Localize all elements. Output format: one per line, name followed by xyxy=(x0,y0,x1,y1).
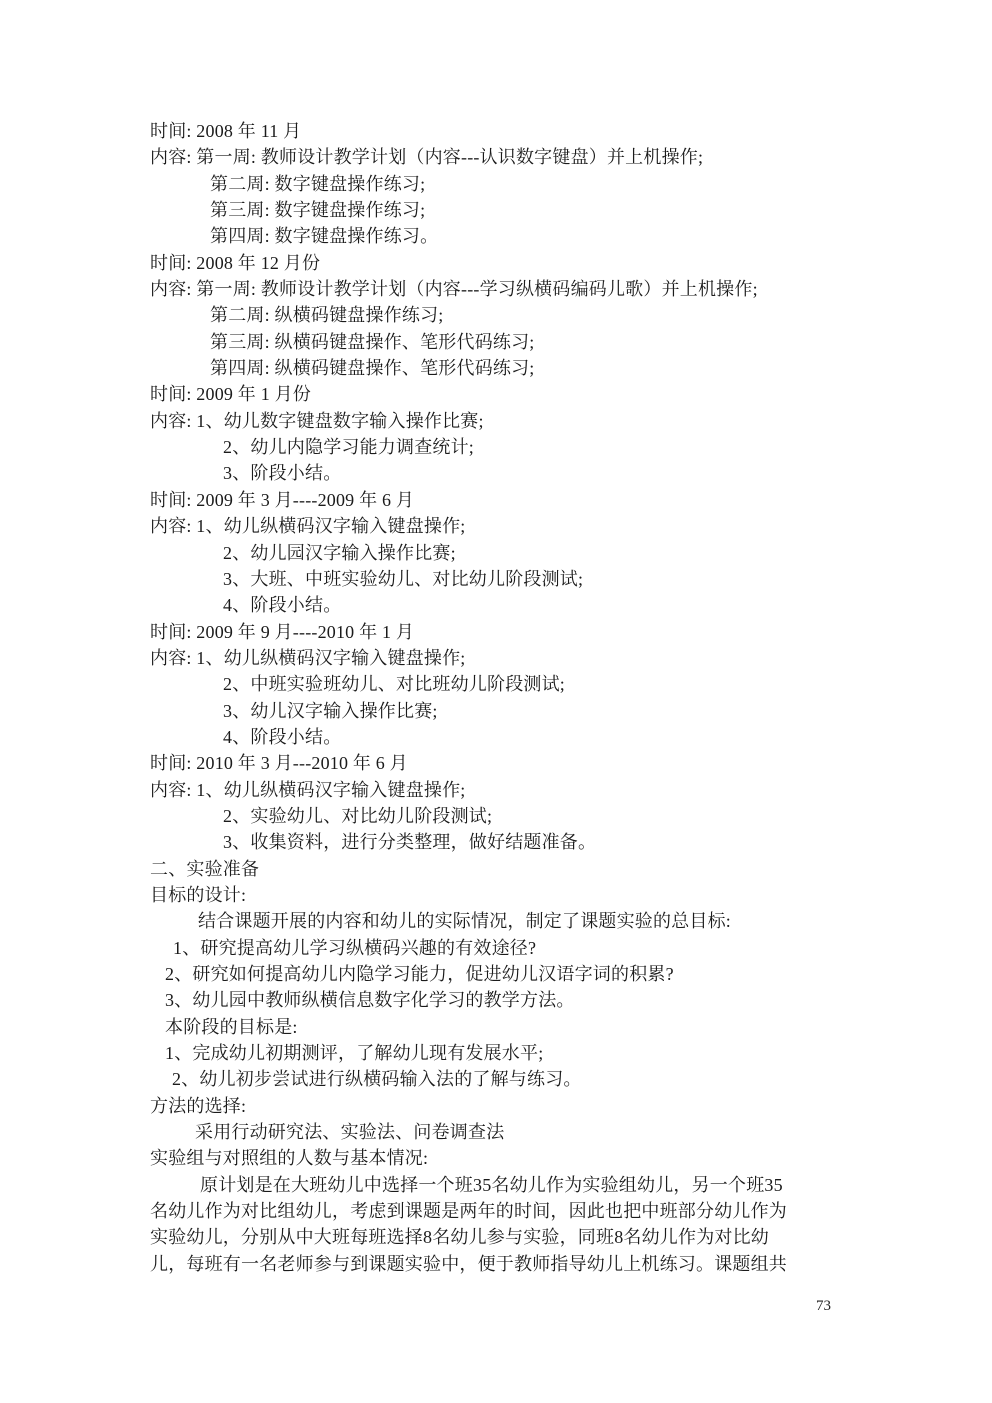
text-line: 第二周: 数字键盘操作练习; xyxy=(150,171,862,197)
text-line: 目标的设计: xyxy=(150,882,862,908)
text-line: 采用行动研究法、实验法、问卷调查法 xyxy=(150,1119,862,1145)
text-line: 1、研究提高幼儿学习纵横码兴趣的有效途径? xyxy=(150,935,862,961)
text-line: 3、收集资料，进行分类整理，做好结题准备。 xyxy=(150,829,862,855)
text-line: 实验组与对照组的人数与基本情况: xyxy=(150,1145,862,1171)
document-body: 时间: 2008 年 11 月内容: 第一周: 教师设计教学计划（内容---认识… xyxy=(150,118,862,1277)
text-line: 时间: 2008 年 12 月份 xyxy=(150,250,862,276)
text-line: 内容: 1、幼儿纵横码汉字输入键盘操作; xyxy=(150,645,862,671)
text-line: 本阶段的目标是: xyxy=(150,1014,862,1040)
text-line: 2、实验幼儿、对比幼儿阶段测试; xyxy=(150,803,862,829)
text-line: 时间: 2009 年 9 月----2010 年 1 月 xyxy=(150,619,862,645)
text-line: 2、幼儿内隐学习能力调查统计; xyxy=(150,434,862,460)
document-page: 时间: 2008 年 11 月内容: 第一周: 教师设计教学计划（内容---认识… xyxy=(0,0,992,1403)
text-line: 2、幼儿初步尝试进行纵横码输入法的了解与练习。 xyxy=(150,1066,862,1092)
text-line: 时间: 2008 年 11 月 xyxy=(150,118,862,144)
text-line: 时间: 2009 年 1 月份 xyxy=(150,381,862,407)
text-line: 实验幼儿，分别从中大班每班选择8名幼儿参与实验，同班8名幼儿作为对比幼 xyxy=(150,1224,862,1250)
text-line: 方法的选择: xyxy=(150,1093,862,1119)
text-line: 1、完成幼儿初期测评，了解幼儿现有发展水平; xyxy=(150,1040,862,1066)
text-line: 内容: 第一周: 教师设计教学计划（内容---学习纵横码编码儿歌）并上机操作; xyxy=(150,276,862,302)
text-line: 3、幼儿园中教师纵横信息数字化学习的教学方法。 xyxy=(150,987,862,1013)
text-line: 内容: 1、幼儿纵横码汉字输入键盘操作; xyxy=(150,777,862,803)
text-line: 2、中班实验班幼儿、对比班幼儿阶段测试; xyxy=(150,671,862,697)
text-line: 3、阶段小结。 xyxy=(150,460,862,486)
text-line: 二、实验准备 xyxy=(150,856,862,882)
text-line: 内容: 1、幼儿纵横码汉字输入键盘操作; xyxy=(150,513,862,539)
text-line: 4、阶段小结。 xyxy=(150,592,862,618)
text-line: 名幼儿作为对比组幼儿，考虑到课题是两年的时间，因此也把中班部分幼儿作为 xyxy=(150,1198,862,1224)
text-line: 结合课题开展的内容和幼儿的实际情况，制定了课题实验的总目标: xyxy=(150,908,862,934)
text-line: 内容: 1、幼儿数字键盘数字输入操作比赛; xyxy=(150,408,862,434)
text-line: 3、幼儿汉字输入操作比赛; xyxy=(150,698,862,724)
text-line: 时间: 2009 年 3 月----2009 年 6 月 xyxy=(150,487,862,513)
text-line: 内容: 第一周: 教师设计教学计划（内容---认识数字键盘）并上机操作; xyxy=(150,144,862,170)
text-line: 2、研究如何提高幼儿内隐学习能力，促进幼儿汉语字词的积累? xyxy=(150,961,862,987)
text-line: 第三周: 数字键盘操作练习; xyxy=(150,197,862,223)
text-line: 时间: 2010 年 3 月---2010 年 6 月 xyxy=(150,750,862,776)
text-line: 第三周: 纵横码键盘操作、笔形代码练习; xyxy=(150,329,862,355)
text-line: 第二周: 纵横码键盘操作练习; xyxy=(150,302,862,328)
page-number: 73 xyxy=(816,1296,831,1316)
text-line: 原计划是在大班幼儿中选择一个班35名幼儿作为实验组幼儿，另一个班35 xyxy=(150,1172,862,1198)
text-line: 儿，每班有一名老师参与到课题实验中，便于教师指导幼儿上机练习。课题组共 xyxy=(150,1251,862,1277)
text-line: 4、阶段小结。 xyxy=(150,724,862,750)
text-line: 第四周: 纵横码键盘操作、笔形代码练习; xyxy=(150,355,862,381)
text-line: 2、幼儿园汉字输入操作比赛; xyxy=(150,540,862,566)
text-line: 第四周: 数字键盘操作练习。 xyxy=(150,223,862,249)
text-line: 3、大班、中班实验幼儿、对比幼儿阶段测试; xyxy=(150,566,862,592)
